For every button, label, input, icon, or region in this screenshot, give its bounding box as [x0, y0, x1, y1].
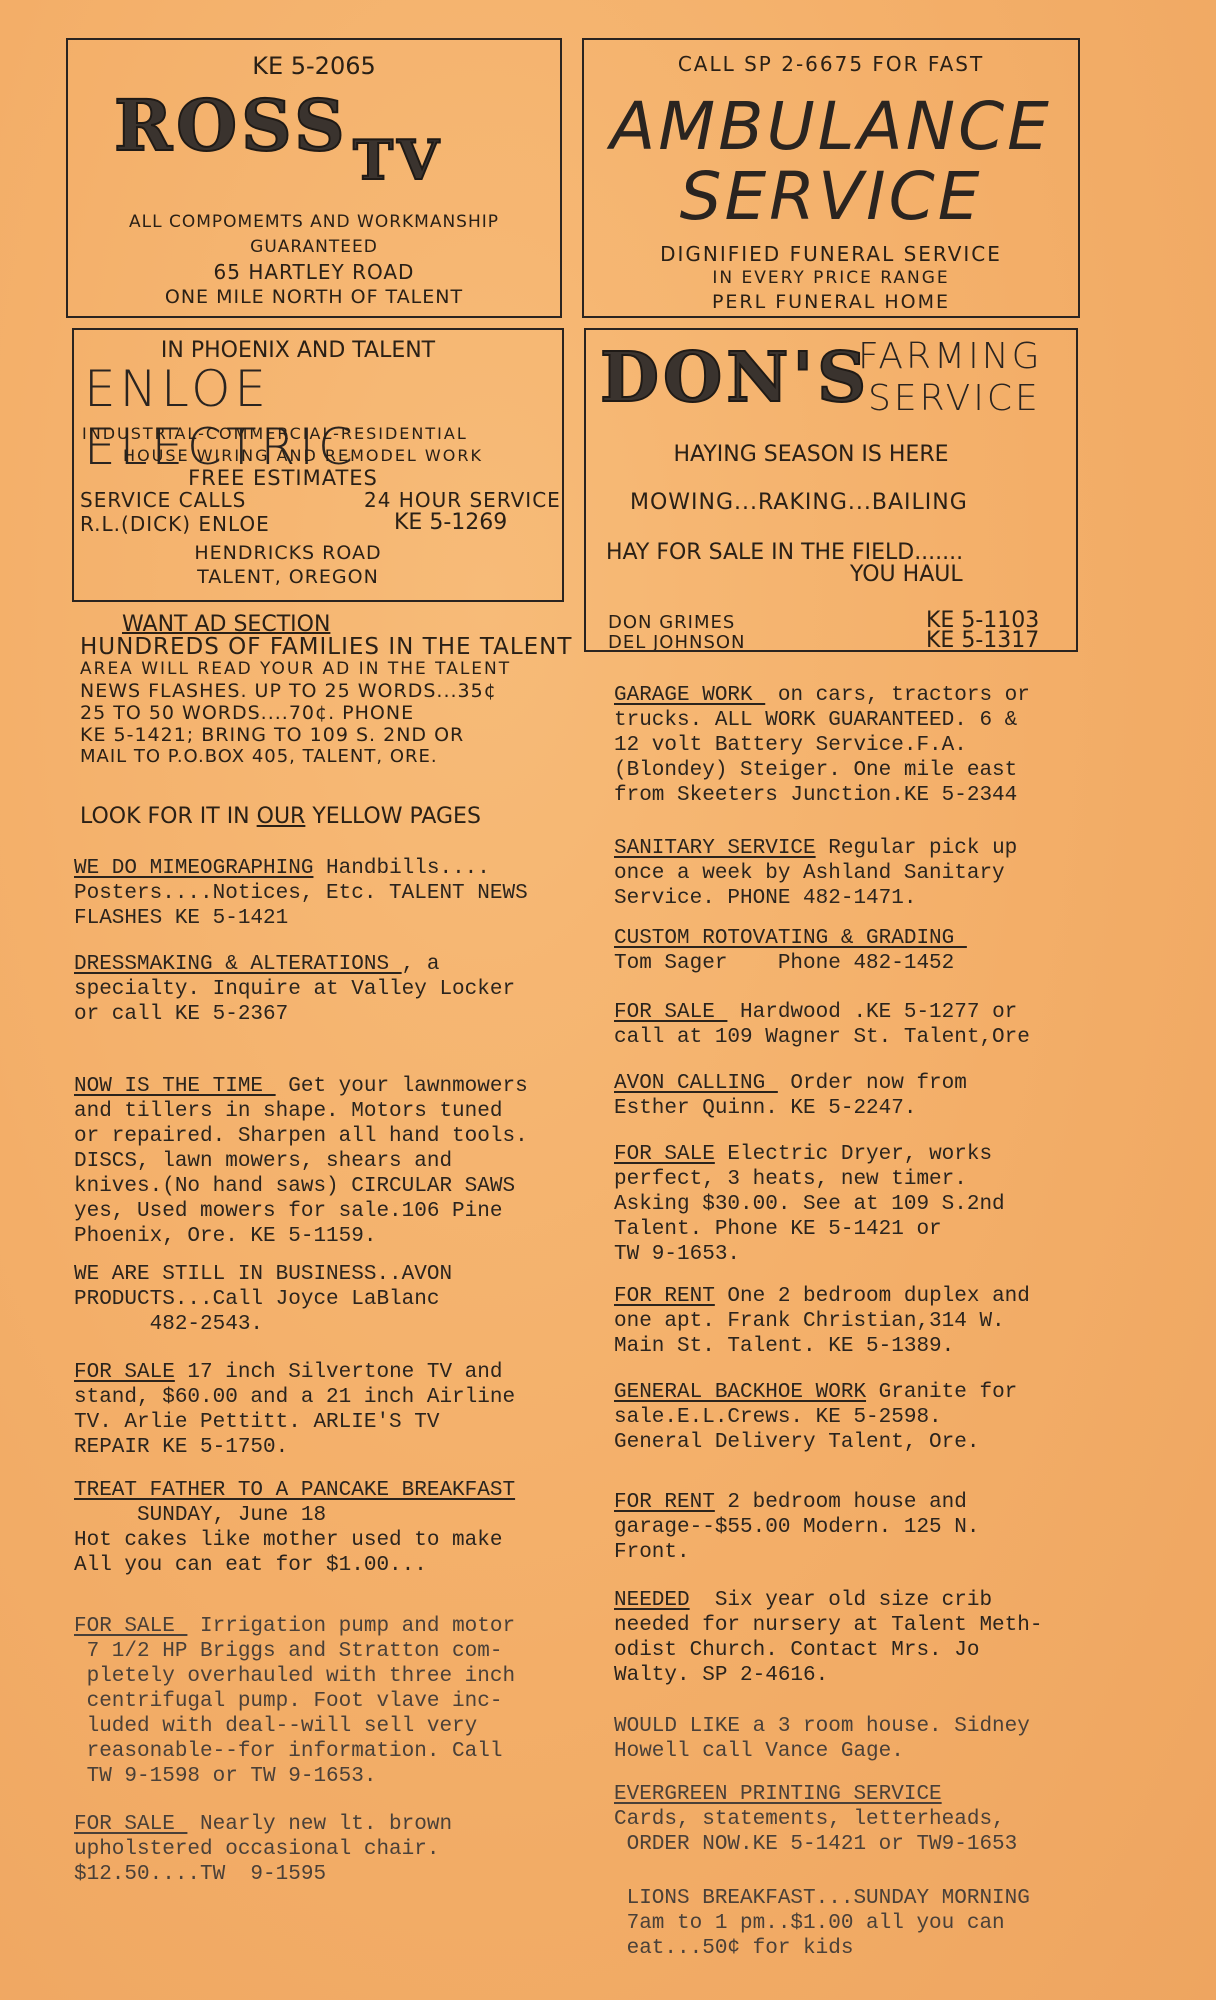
classified-ad: FOR SALE 17 inch Silvertone TV and stand…	[74, 1360, 515, 1460]
intro-line: AREA WILL READ YOUR AD IN THE TALENT	[80, 658, 572, 680]
classified-ad-line: reasonable--for information. Call	[74, 1740, 502, 1763]
classified-ad: NEEDED Six year old size crib needed for…	[614, 1588, 1042, 1688]
classified-ad-heading: FOR SALE	[74, 1361, 175, 1384]
classified-ad-line: 7am to 1 pm..$1.00 all you can	[614, 1912, 1005, 1935]
ambulance-title: AMBULANCE	[584, 88, 1078, 165]
classified-ad-line: Asking $30.00. See at 109 S.2nd	[614, 1193, 1005, 1216]
classified-ad-line: Service. PHONE 482-1471.	[614, 887, 916, 910]
classified-ad: FOR RENT One 2 bedroom duplex and one ap…	[614, 1284, 1030, 1359]
classified-ad-line: upholstered occasional chair.	[74, 1838, 439, 1861]
classified-ad-heading: EVERGREEN PRINTING SERVICE	[614, 1783, 942, 1806]
classified-ad-heading: NOW IS THE TIME	[74, 1075, 276, 1098]
classified-ad-line: yes, Used mowers for sale.106 Pine	[74, 1200, 502, 1223]
ambulance-call-line: CALL SP 2-6675 FOR FAST	[584, 52, 1078, 76]
classified-ad-line: Talent. Phone KE 5-1421 or	[614, 1218, 942, 1241]
ross-tv-logo-sub: TV	[353, 128, 443, 192]
classified-ad-line: specialty. Inquire at Valley Locker	[74, 978, 515, 1001]
classified-ad: WOULD LIKE a 3 room house. Sidney Howell…	[614, 1714, 1030, 1764]
classified-ad: FOR RENT 2 bedroom house and garage--$55…	[614, 1490, 979, 1565]
classified-ad-line: All you can eat for $1.00...	[74, 1554, 427, 1577]
classified-ad: GENERAL BACKHOE WORK Granite for sale.E.…	[614, 1380, 1017, 1455]
enloe-line-1: INDUSTRIAL-COMMERCIAL-RESIDENTIAL	[82, 424, 468, 443]
yellow-pages-emph: OUR	[257, 804, 306, 829]
intro-line: HUNDREDS OF FAMILIES IN THE TALENT	[80, 636, 572, 658]
classified-ad-line: Cards, statements, letterheads,	[614, 1808, 1005, 1831]
classified-ad-line: trucks. ALL WORK GUARANTEED. 6 &	[614, 709, 1017, 732]
dons-contact-phone: KE 5-1317	[926, 628, 1039, 650]
classified-ad-heading: FOR RENT	[614, 1491, 715, 1514]
classified-ad-line: LIONS BREAKFAST...SUNDAY MORNING	[614, 1887, 1030, 1910]
classified-ad-line: (Blondey) Steiger. One mile east	[614, 759, 1017, 782]
intro-line: MAIL TO P.O.BOX 405, TALENT, ORE.	[80, 746, 572, 768]
classified-ad-line: garage--$55.00 Modern. 125 N.	[614, 1516, 979, 1539]
classified-ad: NOW IS THE TIME Get your lawnmowers and …	[74, 1074, 528, 1249]
classified-ad-line: Esther Quinn. KE 5-2247.	[614, 1097, 916, 1120]
classified-ad: CUSTOM ROTOVATING & GRADING Tom Sager Ph…	[614, 926, 967, 976]
enloe-address-1: HENDRICKS ROAD	[74, 542, 502, 564]
classified-ad-heading: FOR RENT	[614, 1285, 715, 1308]
classified-ad-line: , a	[402, 953, 440, 976]
intro-line: NEWS FLASHES. UP TO 25 WORDS...35¢	[80, 680, 572, 702]
enloe-24-hour: 24 HOUR SERVICE	[364, 488, 561, 512]
classified-ad-line: FLASHES KE 5-1421	[74, 907, 288, 930]
classified-ad-heading: AVON CALLING	[614, 1072, 778, 1095]
classified-ad-line: Regular pick up	[816, 837, 1018, 860]
classified-ad-line: call at 109 Wagner St. Talent,Ore	[614, 1026, 1030, 1049]
classified-ad-line: 17 inch Silvertone TV and	[175, 1361, 503, 1384]
classified-ad-line: luded with deal--will sell very	[74, 1715, 477, 1738]
classified-ad: TREAT FATHER TO A PANCAKE BREAKFAST SUND…	[74, 1478, 515, 1578]
intro-line: KE 5-1421; BRING TO 109 S. 2ND OR	[80, 724, 572, 746]
classified-ad-line: One 2 bedroom duplex and	[715, 1285, 1030, 1308]
yellow-pages-post: YELLOW PAGES	[305, 804, 481, 829]
ambulance-line: DIGNIFIED FUNERAL SERVICE	[584, 242, 1078, 266]
dons-title-1: FARMING	[858, 336, 1043, 377]
classified-ad-heading: GARAGE WORK	[614, 684, 765, 707]
classified-ad-line: Irrigation pump and motor	[187, 1615, 515, 1638]
classified-ad-heading: FOR SALE	[74, 1615, 187, 1638]
yellow-pages-note: LOOK FOR IT IN OUR YELLOW PAGES	[80, 804, 481, 829]
dons-services: MOWING...RAKING...BAILING	[630, 490, 968, 515]
classified-ad-line: needed for nursery at Talent Meth-	[614, 1614, 1042, 1637]
intro-line: 25 TO 50 WORDS....70¢. PHONE	[80, 702, 572, 724]
classified-ad-line: ORDER NOW.KE 5-1421 or TW9-1653	[614, 1833, 1017, 1856]
yellow-pages-pre: LOOK FOR IT IN	[80, 804, 257, 829]
classified-ad-heading: NEEDED	[614, 1589, 690, 1612]
ad-ambulance-service: CALL SP 2-6675 FOR FAST AMBULANCE SERVIC…	[582, 38, 1080, 318]
classified-ad-line: Order now from	[778, 1072, 967, 1095]
classified-ad-line: DISCS, lawn mowers, shears and	[74, 1150, 452, 1173]
dons-you-haul: YOU HAUL	[850, 562, 963, 587]
ad-enloe-electric: IN PHOENIX AND TALENT ENLOE ELECTRIC IND…	[72, 328, 564, 602]
classified-ad: AVON CALLING Order now from Esther Quinn…	[614, 1071, 967, 1121]
classified-ad-line: TW 9-1653.	[614, 1243, 740, 1266]
classified-ad-line: REPAIR KE 5-1750.	[74, 1436, 288, 1459]
classified-ad-line: General Delivery Talent, Ore.	[614, 1431, 979, 1454]
classified-ad-line: from Skeeters Junction.KE 5-2344	[614, 784, 1017, 807]
classified-ad-line: Phoenix, Ore. KE 5-1159.	[74, 1225, 376, 1248]
classified-ad-line: or call KE 5-2367	[74, 1003, 288, 1026]
classified-ad-line: on cars, tractors or	[765, 684, 1030, 707]
classified-ad-line: $12.50....TW 9-1595	[74, 1863, 326, 1886]
enloe-line-2: HOUSE WIRING AND REMODEL WORK	[74, 446, 532, 465]
ross-tv-address: 65 HARTLEY ROAD	[68, 260, 560, 285]
classified-ad-line: knives.(No hand saws) CIRCULAR SAWS	[74, 1175, 515, 1198]
classified-ad-line: centrifugal pump. Foot vlave inc-	[74, 1690, 502, 1713]
enloe-address-2: TALENT, OREGON	[74, 566, 502, 588]
classified-ad-line: Howell call Vance Gage.	[614, 1740, 904, 1763]
classified-ad: FOR SALE Electric Dryer, works perfect, …	[614, 1142, 1005, 1267]
ad-ross-tv: KE 5-2065 ROSS TV ALL COMPOMEMTS AND WOR…	[66, 38, 562, 318]
enloe-owner: R.L.(DICK) ENLOE	[80, 512, 270, 536]
dons-contact-name: DEL JOHNSON	[608, 632, 746, 650]
ambulance-line: IN EVERY PRICE RANGE	[584, 266, 1078, 290]
classified-ad-line: sale.E.L.Crews. KE 5-2598.	[614, 1406, 942, 1429]
ambulance-title-2: SERVICE	[584, 158, 1078, 235]
classified-ad-line: 7 1/2 HP Briggs and Stratton com-	[74, 1640, 502, 1663]
classified-ad-line: SUNDAY, June 18	[74, 1504, 326, 1527]
classified-ad-heading: FOR SALE	[614, 1143, 715, 1166]
classified-ad-line: Six year old size crib	[690, 1589, 992, 1612]
classified-ad: WE ARE STILL IN BUSINESS..AVON PRODUCTS.…	[74, 1262, 452, 1337]
classified-ad: DRESSMAKING & ALTERATIONS , a specialty.…	[74, 952, 515, 1027]
classified-ad-heading: FOR SALE	[74, 1813, 187, 1836]
classified-ad-line: 12 volt Battery Service.F.A.	[614, 734, 967, 757]
classified-ad-line: once a week by Ashland Sanitary	[614, 862, 1005, 885]
classified-ad: LIONS BREAKFAST...SUNDAY MORNING 7am to …	[614, 1886, 1030, 1961]
classified-ad-line: Granite for	[866, 1381, 1017, 1404]
dons-logo: DON'S	[600, 338, 870, 418]
classified-ad-line: odist Church. Contact Mrs. Jo	[614, 1639, 979, 1662]
classified-ad-line: TV. Arlie Pettitt. ARLIE'S TV	[74, 1411, 439, 1434]
classified-ad-line: WE ARE STILL IN BUSINESS..AVON	[74, 1263, 452, 1286]
classified-ad-heading: CUSTOM ROTOVATING & GRADING	[614, 927, 967, 950]
classified-ad-line: TW 9-1598 or TW 9-1653.	[74, 1765, 376, 1788]
classified-ad-line: Front.	[614, 1541, 690, 1564]
ross-tv-line: GUARANTEED	[68, 235, 560, 260]
classified-ad-line: stand, $60.00 and a 21 inch Airline	[74, 1386, 515, 1409]
classified-ad-heading: TREAT FATHER TO A PANCAKE BREAKFAST	[74, 1479, 515, 1502]
ad-dons-farming-service: DON'S FARMING SERVICE HAYING SEASON IS H…	[584, 328, 1078, 652]
classified-ad-line: Handbills....	[313, 857, 489, 880]
classified-ad: FOR SALE Nearly new lt. brown upholstere…	[74, 1812, 452, 1887]
classified-ad-line: Nearly new lt. brown	[187, 1813, 452, 1836]
ambulance-funeral-home: PERL FUNERAL HOME	[584, 290, 1078, 308]
classified-ad-line: or repaired. Sharpen all hand tools.	[74, 1125, 528, 1148]
classified-ad: FOR SALE Irrigation pump and motor 7 1/2…	[74, 1614, 515, 1789]
classified-ad-heading: FOR SALE	[614, 1001, 727, 1024]
ross-tv-logo: ROSS	[114, 84, 349, 167]
classified-ad-line: Posters....Notices, Etc. TALENT NEWS	[74, 882, 528, 905]
classified-ad: EVERGREEN PRINTING SERVICE Cards, statem…	[614, 1782, 1017, 1857]
classified-ad-line: 2 bedroom house and	[715, 1491, 967, 1514]
classified-ad: GARAGE WORK on cars, tractors or trucks.…	[614, 683, 1030, 808]
classified-ad-line: Hot cakes like mother used to make	[74, 1529, 502, 1552]
classified-ad-line: perfect, 3 heats, new timer.	[614, 1168, 967, 1191]
enloe-phone: KE 5-1269	[394, 510, 507, 535]
dons-haying-season: HAYING SEASON IS HERE	[586, 442, 1036, 467]
classified-ad: SANITARY SERVICE Regular pick up once a …	[614, 836, 1017, 911]
classified-ad-line: PRODUCTS...Call Joyce LaBlanc	[74, 1288, 439, 1311]
dons-title-2: SERVICE	[868, 378, 1041, 419]
ross-tv-location: ONE MILE NORTH OF TALENT	[68, 285, 560, 310]
classified-ad-line: one apt. Frank Christian,314 W.	[614, 1310, 1005, 1333]
classified-ad-heading: DRESSMAKING & ALTERATIONS	[74, 953, 402, 976]
enloe-service-calls: SERVICE CALLS	[80, 488, 246, 512]
ross-tv-line: ALL COMPOMEMTS AND WORKMANSHIP	[68, 210, 560, 235]
enloe-free-estimates: FREE ESTIMATES	[74, 466, 492, 490]
classified-ad-line: eat...50¢ for kids	[614, 1937, 853, 1960]
classified-ad-line: pletely overhauled with three inch	[74, 1665, 515, 1688]
want-ad-intro: HUNDREDS OF FAMILIES IN THE TALENT AREA …	[80, 636, 572, 768]
classified-ad-line: Walty. SP 2-4616.	[614, 1664, 828, 1687]
classified-ad-heading: SANITARY SERVICE	[614, 837, 816, 860]
classified-ad: WE DO MIMEOGRAPHING Handbills.... Poster…	[74, 856, 528, 931]
classified-ad-line: 482-2543.	[74, 1313, 263, 1336]
ross-tv-phone: KE 5-2065	[68, 52, 560, 80]
classified-ad-line: WOULD LIKE a 3 room house. Sidney	[614, 1715, 1030, 1738]
classified-ad-heading: GENERAL BACKHOE WORK	[614, 1381, 866, 1404]
classified-ad-heading: WE DO MIMEOGRAPHING	[74, 857, 313, 880]
dons-contact-name: DON GRIMES	[608, 612, 735, 633]
classified-ad-line: Hardwood .KE 5-1277 or	[727, 1001, 1017, 1024]
classified-ad: FOR SALE Hardwood .KE 5-1277 or call at …	[614, 1000, 1030, 1050]
classified-ad-line: Get your lawnmowers	[276, 1075, 528, 1098]
classified-ad-line: Tom Sager Phone 482-1452	[614, 952, 954, 975]
classified-ad-line: Electric Dryer, works	[715, 1143, 992, 1166]
classified-ad-line: and tillers in shape. Motors tuned	[74, 1100, 502, 1123]
classified-ad-line: Main St. Talent. KE 5-1389.	[614, 1335, 954, 1358]
